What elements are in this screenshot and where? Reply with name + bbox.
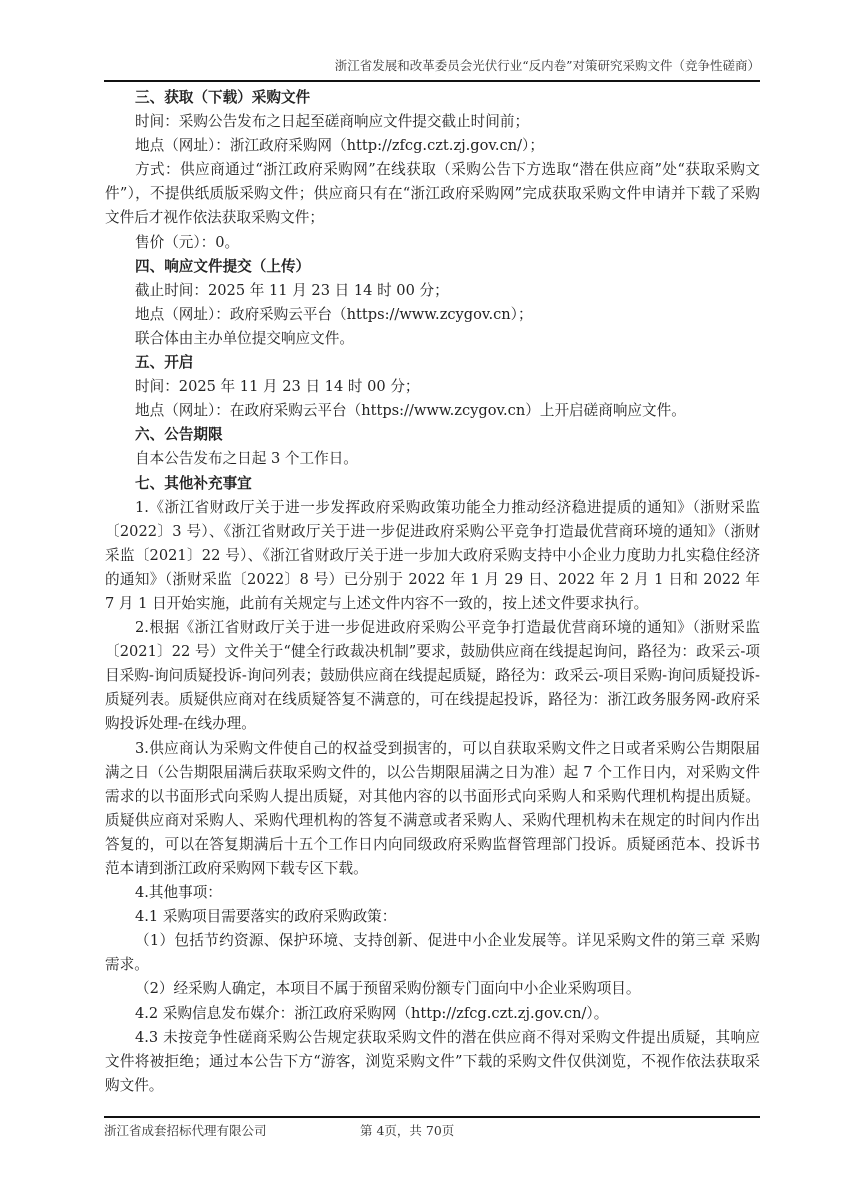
s7-item-4: 4.其他事项： [105,881,760,905]
s5-place: 地点（网址）：在政府采购云平台（https://www.zcygov.cn）上开… [105,399,760,423]
section-6-heading: 六、公告期限 [105,423,760,447]
header-rule [104,80,760,82]
footer-rule [104,1116,760,1118]
s7-item-2: 2.根据《浙江省财政厅关于进一步促进政府采购公平竞争打造最优营商环境的通知》（浙… [105,616,760,736]
section-3-heading: 三、获取（下载）采购文件 [105,86,760,110]
s7-item-1: 1.《浙江省财政厅关于进一步发挥政府采购政策功能全力推动经济稳进提质的通知》（浙… [105,496,760,616]
s4-deadline: 截止时间：2025 年 11 月 23 日 14 时 00 分； [105,279,760,303]
s7-item-3: 3.供应商认为采购文件使自己的权益受到损害的，可以自获取采购文件之日或者采购公告… [105,737,760,882]
section-7-heading: 七、其他补充事宜 [105,472,760,496]
s7-item-4-2: 4.2 采购信息发布媒介：浙江政府采购网（http://zfcg.czt.zj.… [105,1002,760,1026]
section-4-heading: 四、响应文件提交（上传） [105,255,760,279]
s3-place: 地点（网址）：浙江政府采购网（http://zfcg.czt.zj.gov.cn… [105,134,760,158]
s4-note: 联合体由主办单位提交响应文件。 [105,327,760,351]
s7-item-4-1: 4.1 采购项目需要落实的政府采购政策： [105,905,760,929]
s3-method: 方式：供应商通过“浙江政府采购网”在线获取（采购公告下方选取“潜在供应商”处“获… [105,158,760,230]
document-body: 三、获取（下载）采购文件 时间：采购公告发布之日起至磋商响应文件提交截止时间前；… [105,86,760,1098]
s3-time: 时间：采购公告发布之日起至磋商响应文件提交截止时间前； [105,110,760,134]
s7-item-4-1-2: （2）经采购人确定，本项目不属于预留采购份额专门面向中小企业采购项目。 [105,977,760,1001]
s7-item-4-3: 4.3 未按竞争性磋商采购公告规定获取采购文件的潜在供应商不得对采购文件提出质疑… [105,1026,760,1098]
s3-price: 售价（元）：0。 [105,231,760,255]
footer-page-number: 第 4页，共 70页 [360,1121,454,1139]
running-header: 浙江省发展和改革委员会光伏行业“反内卷”对策研究采购文件（竞争性磋商） [335,56,760,74]
document-page: 浙江省发展和改革委员会光伏行业“反内卷”对策研究采购文件（竞争性磋商） 三、获取… [0,0,848,1200]
section-5-heading: 五、开启 [105,351,760,375]
footer-company: 浙江省成套招标代理有限公司 [104,1121,267,1139]
s7-item-4-1-1: （1）包括节约资源、保护环境、支持创新、促进中小企业发展等。详见采购文件的第三章… [105,929,760,977]
s4-place: 地点（网址）：政府采购云平台（https://www.zcygov.cn）； [105,303,760,327]
s5-time: 时间：2025 年 11 月 23 日 14 时 00 分； [105,375,760,399]
s6-text: 自本公告发布之日起 3 个工作日。 [105,447,760,471]
